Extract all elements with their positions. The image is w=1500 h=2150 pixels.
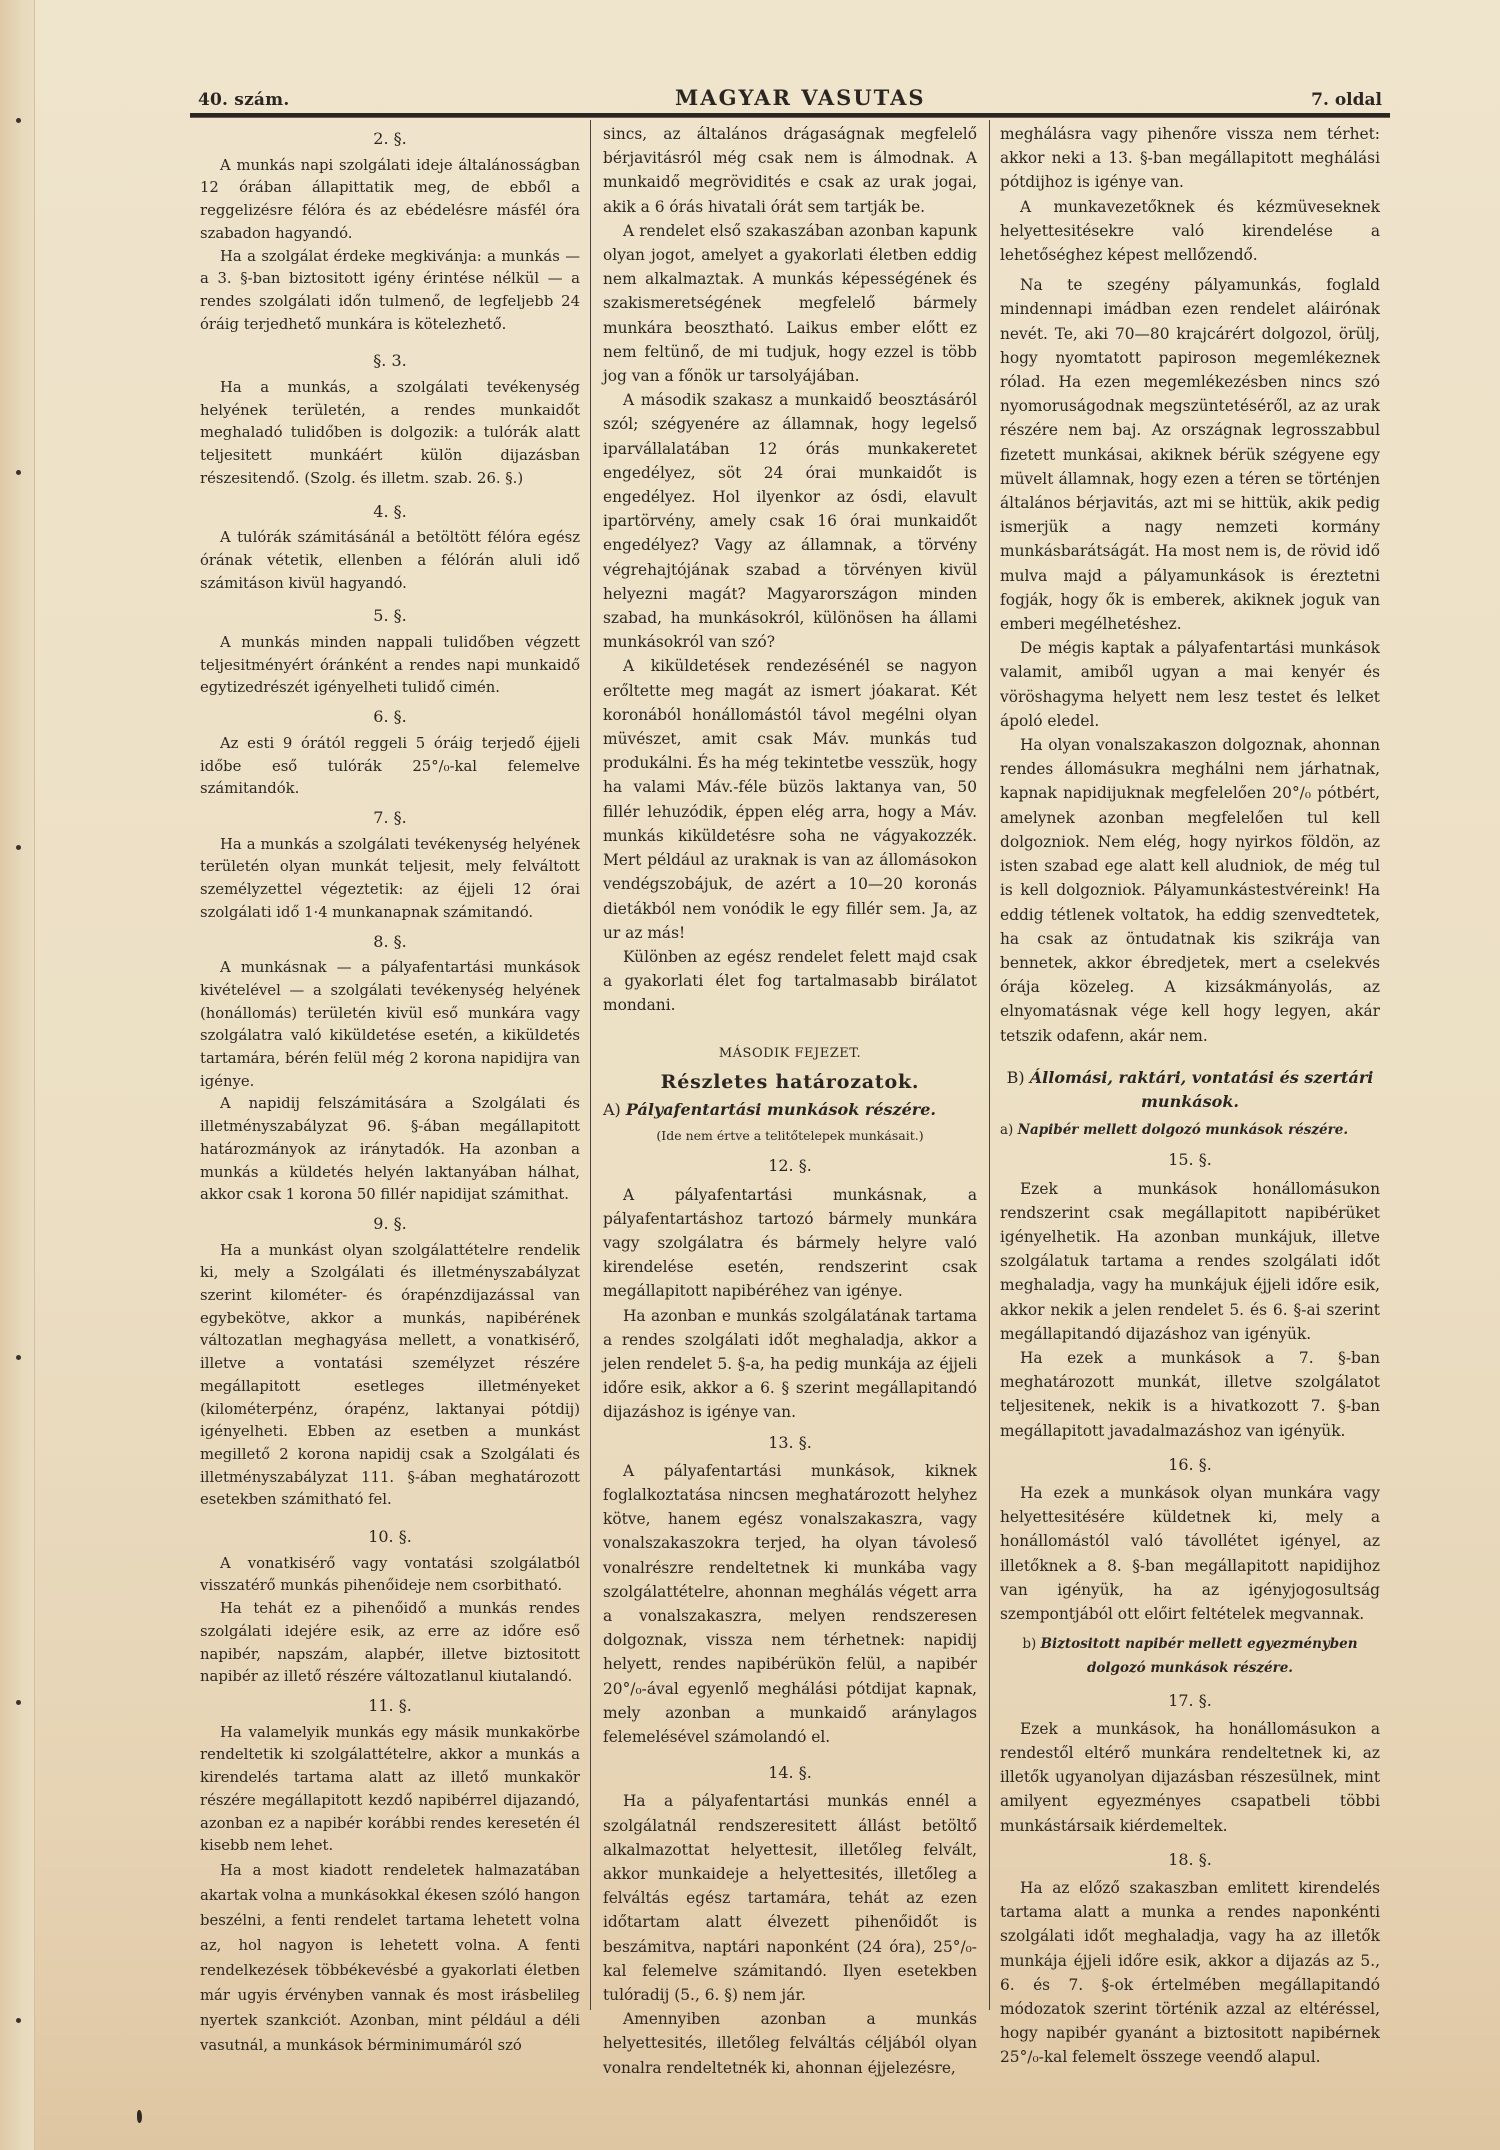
- section-heading: 11. §.: [200, 1695, 580, 1718]
- section-heading: §. 3.: [200, 350, 580, 373]
- paragraph: A pályafentartási munkások, kiknek fogla…: [603, 1459, 977, 1749]
- chapter-title: Részletes határozatok.: [603, 1070, 977, 1094]
- paragraph: A napidij felszámitására a Szolgálati és…: [200, 1093, 580, 1207]
- binding-hole-mark: [16, 1700, 21, 1705]
- paragraph: A munkás minden nappali tulidőben végzet…: [200, 632, 580, 700]
- subsection-title: Pályafentartási munkások részére.: [626, 1100, 936, 1119]
- paragraph: Ha ezek a munkások olyan munkára vagy he…: [1000, 1481, 1380, 1626]
- subsection-heading-a: A) Pályafentartási munkások részére.: [603, 1098, 977, 1122]
- section-heading: 2. §.: [200, 128, 580, 151]
- section-heading: 7. §.: [200, 807, 580, 830]
- header-rule: [190, 113, 1390, 118]
- subsection-note: (Ide nem értve a telitőtelepek munkásait…: [603, 1124, 977, 1148]
- page-header: 40. szám. MAGYAR VASUTAS 7. oldal: [198, 78, 1382, 110]
- subsection-title: Állomási, raktári, vontatási és szertári…: [1030, 1068, 1374, 1111]
- paragraph: A munkavezetőknek és kézmüveseknek helye…: [1000, 195, 1380, 268]
- issue-number: 40. szám.: [198, 90, 289, 110]
- subsection-title: Biztositott napibér mellett egyezményben…: [1041, 1636, 1358, 1676]
- subsection-label: B): [1007, 1068, 1025, 1087]
- paragraph: Ha a szolgálat érdeke megkivánja: a munk…: [200, 246, 580, 337]
- paragraph: Ha a pályafentartási munkás ennél a szol…: [603, 1789, 977, 2007]
- paragraph: Ha valamelyik munkás egy másik munkakörb…: [200, 1722, 580, 1858]
- commentary-paragraph: De mégis kaptak a pályafentartási munkás…: [1000, 636, 1380, 733]
- section-heading: 12. §.: [603, 1154, 977, 1178]
- section-heading: 6. §.: [200, 706, 580, 729]
- section-heading: 17. §.: [1000, 1689, 1380, 1713]
- subsection-heading-b-a: a) Napibér mellett dolgozó munkások rész…: [1000, 1118, 1380, 1142]
- subsection-heading-b: B) Állomási, raktári, vontatási és szert…: [1000, 1066, 1380, 1114]
- paragraph: sincs, az általános drágaságnak megfelel…: [603, 122, 977, 219]
- paragraph: A tulórák számitásánál a betöltött félór…: [200, 527, 580, 595]
- paragraph: A második szakasz a munkaidő beosztásáró…: [603, 388, 977, 654]
- paragraph: A rendelet első szakaszában azonban kapu…: [603, 219, 977, 388]
- paragraph: Ezek a munkások, ha honállomásukon a ren…: [1000, 1717, 1380, 1838]
- paragraph: Különben az egész rendelet felett majd c…: [603, 945, 977, 1018]
- section-heading: 8. §.: [200, 931, 580, 954]
- chapter-label: MÁSODIK FEJEZET.: [603, 1042, 977, 1066]
- paragraph: A munkásnak — a pályafentartási munkások…: [200, 957, 580, 1093]
- subsection-heading-b-b: b) Biztositott napibér mellett egyezmény…: [1000, 1632, 1380, 1680]
- section-heading: 5. §.: [200, 605, 580, 628]
- paragraph: Ha az előző szakaszban emlitett kirendel…: [1000, 1876, 1380, 2070]
- page-binding-edge: [0, 0, 35, 2150]
- commentary-paragraph: Ha olyan vonalszakaszon dolgoznak, ahonn…: [1000, 733, 1380, 1048]
- paragraph: A vonatkisérő vagy vontatási szolgálatbó…: [200, 1553, 580, 1598]
- right-column: meghálásra vagy pihenőre vissza nem térh…: [990, 120, 1390, 2010]
- paragraph: A kiküldetések rendezésénél se nagyon er…: [603, 654, 977, 944]
- section-heading: 16. §.: [1000, 1453, 1380, 1477]
- binding-hole-mark: [16, 470, 21, 475]
- paragraph: Ha tehát ez a pihenőidő a munkás rendes …: [200, 1598, 580, 1689]
- subsection-title: Napibér mellett dolgozó munkások részére…: [1018, 1122, 1348, 1138]
- section-heading: 15. §.: [1000, 1148, 1380, 1172]
- newspaper-title: MAGYAR VASUTAS: [675, 85, 926, 110]
- left-column: 2. §. A munkás napi szolgálati ideje ált…: [190, 120, 590, 2010]
- commentary-paragraph: Ha a most kiadott rendeletek halmazatába…: [200, 1858, 580, 2058]
- paragraph: Ha azonban e munkás szolgálatának tartam…: [603, 1304, 977, 1425]
- middle-column: sincs, az általános drágaságnak megfelel…: [590, 120, 990, 2010]
- section-heading: 10. §.: [200, 1526, 580, 1549]
- paragraph: Az esti 9 órától reggeli 5 óráig terjedő…: [200, 733, 580, 801]
- paragraph: Ezek a munkások honállomásukon rendszeri…: [1000, 1177, 1380, 1346]
- section-heading: 14. §.: [603, 1761, 977, 1785]
- paragraph: A munkás napi szolgálati ideje általános…: [200, 155, 580, 246]
- paragraph: Ha a munkást olyan szolgálattételre rend…: [200, 1240, 580, 1512]
- paragraph: Ha ezek a munkások a 7. §-ban meghatároz…: [1000, 1346, 1380, 1443]
- section-heading: 9. §.: [200, 1213, 580, 1236]
- paragraph: Ha a munkás, a szolgálati tevékenység he…: [200, 377, 580, 491]
- commentary-paragraph: Na te szegény pályamunkás, foglald minde…: [1000, 273, 1380, 636]
- article-columns: 2. §. A munkás napi szolgálati ideje ált…: [190, 120, 1390, 2010]
- page-number: 7. oldal: [1311, 90, 1382, 110]
- binding-hole-mark: [16, 845, 21, 850]
- subsection-label: b): [1022, 1636, 1036, 1652]
- paragraph: A pályafentartási munkásnak, a pályafent…: [603, 1183, 977, 1304]
- paragraph: meghálásra vagy pihenőre vissza nem térh…: [1000, 122, 1380, 195]
- subsection-label: a): [1000, 1122, 1013, 1138]
- section-heading: 4. §.: [200, 501, 580, 524]
- subsection-label: A): [603, 1100, 621, 1119]
- section-heading: 18. §.: [1000, 1848, 1380, 1872]
- binding-hole-mark: [16, 2018, 21, 2023]
- binding-hole-mark: [16, 1355, 21, 1360]
- binding-hole-mark: [16, 118, 21, 123]
- paragraph: Ha a munkás a szolgálati tevékenység hel…: [200, 834, 580, 925]
- paragraph: Amennyiben azonban a munkás helyettesité…: [603, 2007, 977, 2080]
- section-heading: 13. §.: [603, 1431, 977, 1455]
- ink-spot: [137, 2110, 142, 2123]
